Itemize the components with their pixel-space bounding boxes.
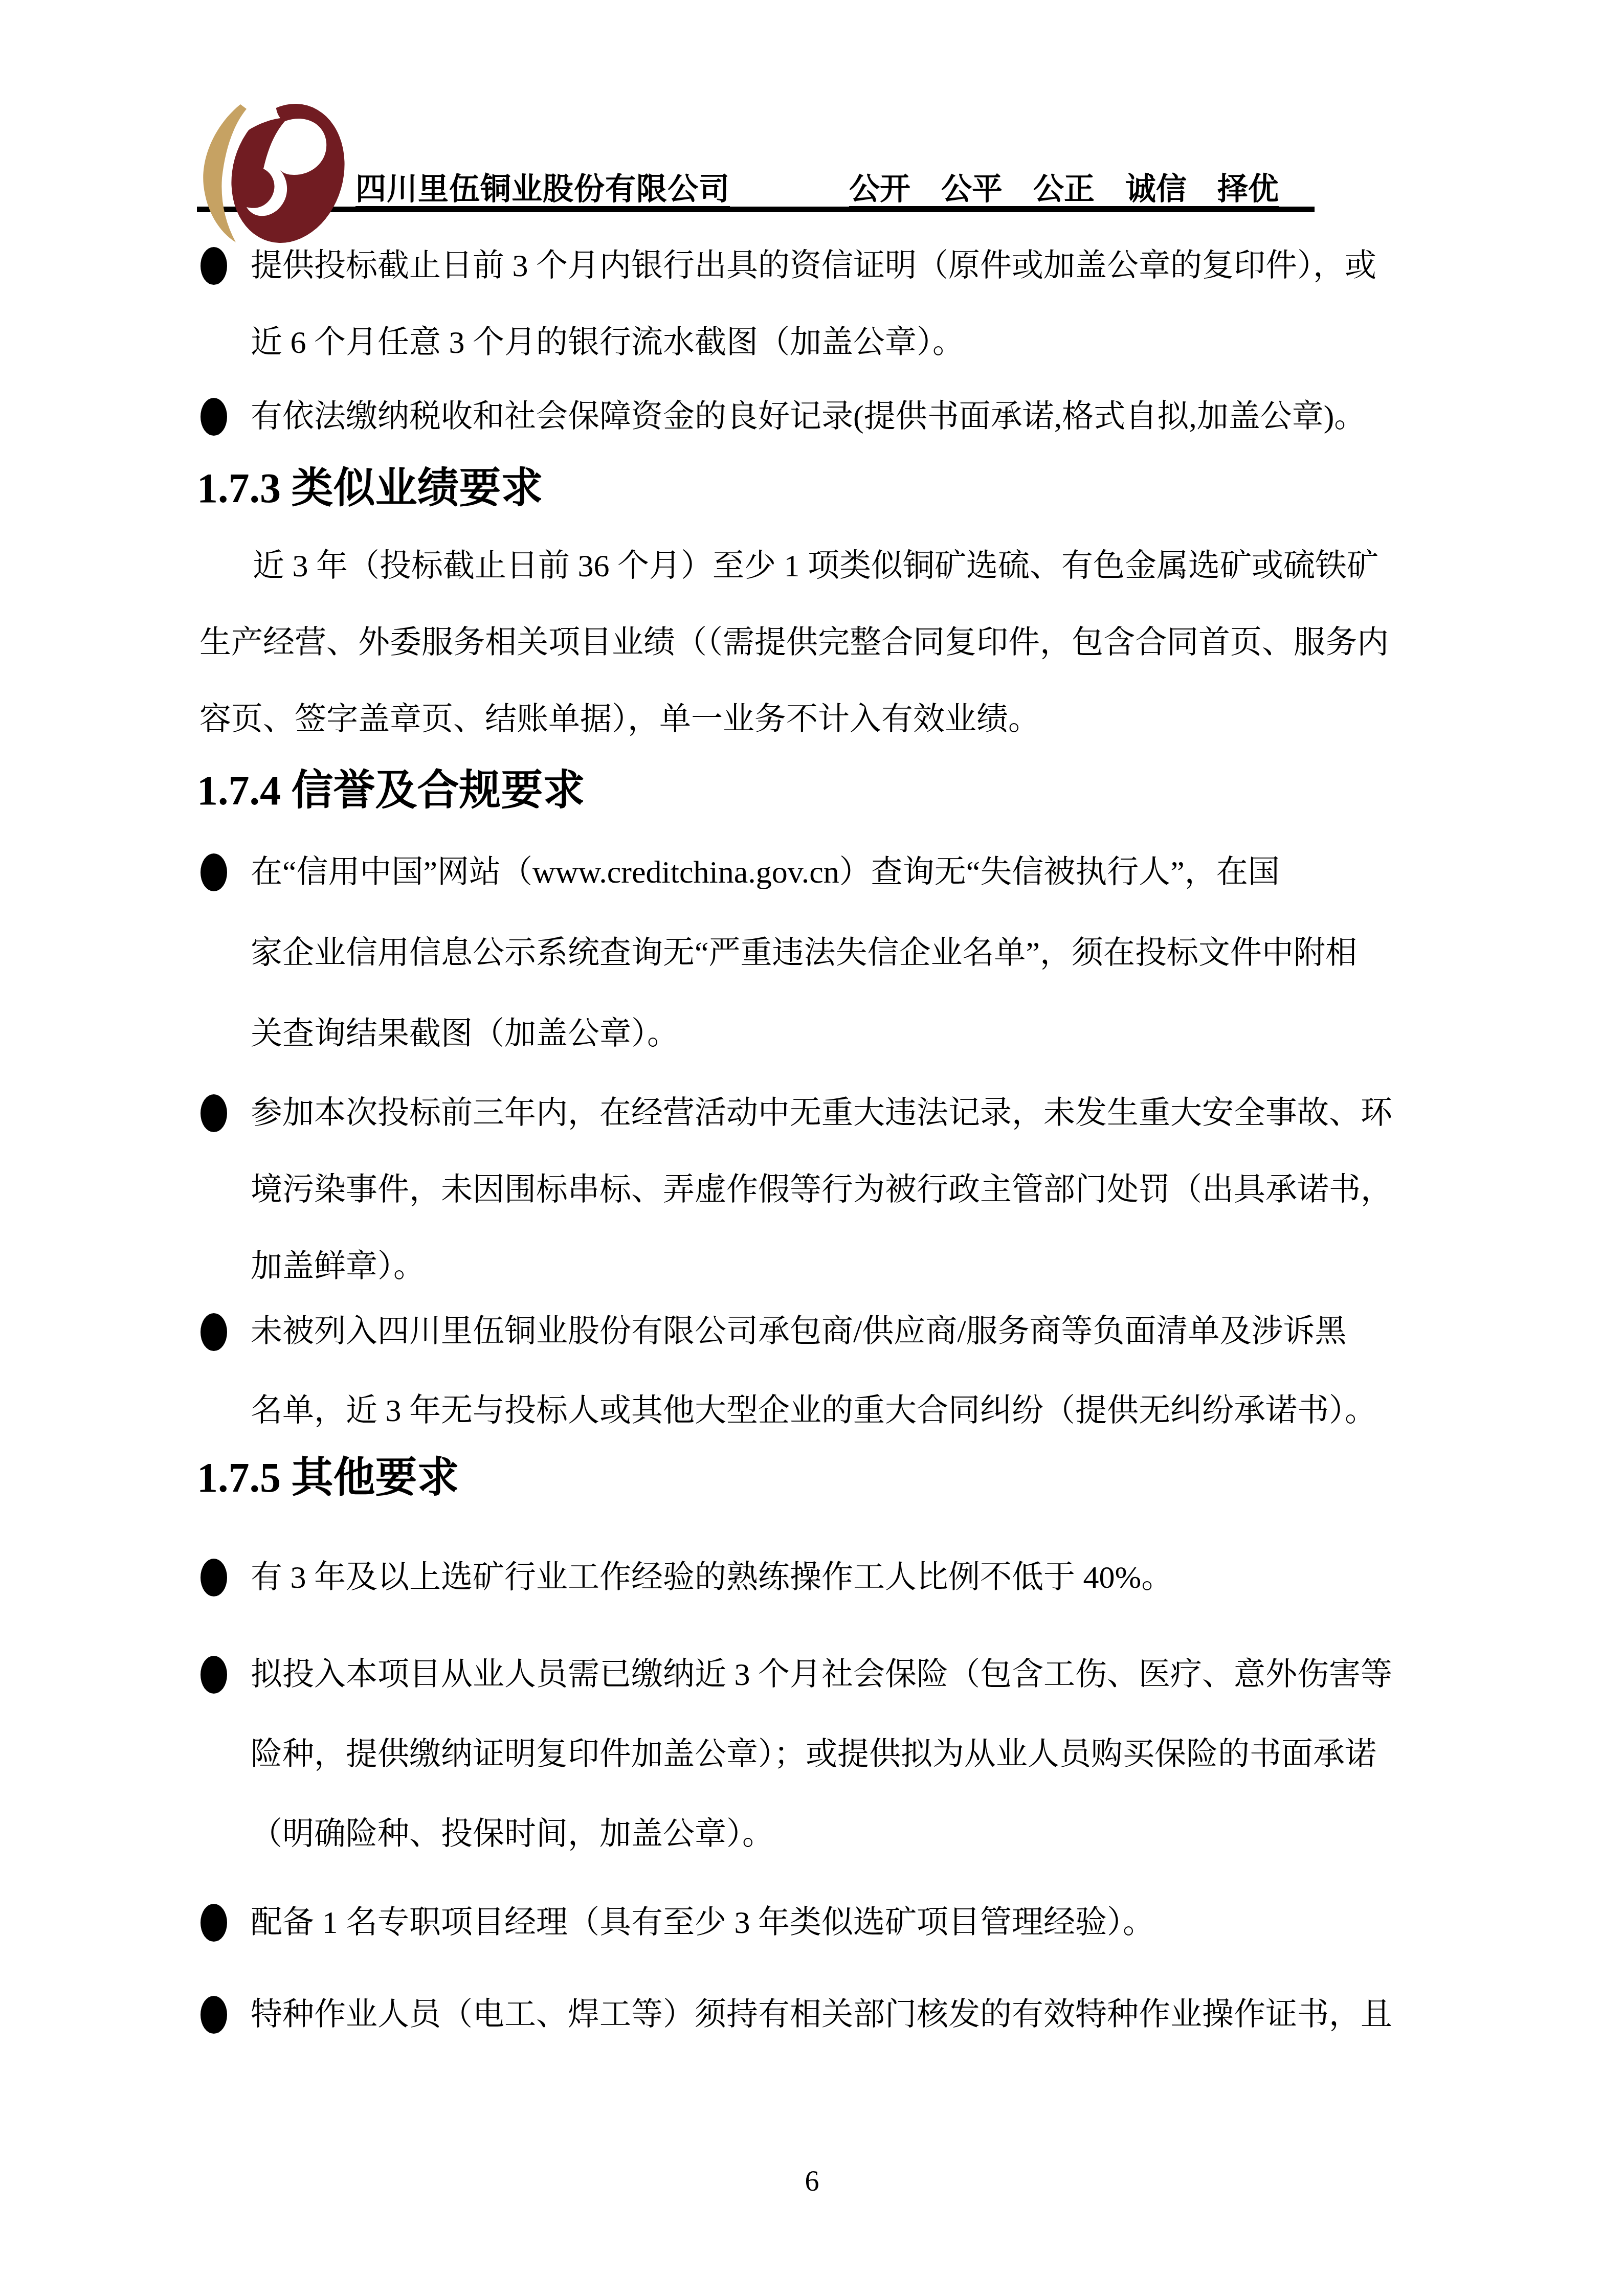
bullet-text: 提供投标截止日前 3 个月内银行出具的资信证明（原件或加盖公章的复印件），或 近…: [251, 228, 1529, 381]
page-number: 6: [0, 2166, 1624, 2197]
bullet-text: 特种作业人员（电工、焊工等）须持有相关部门核发的有效特种作业操作证书，且: [251, 1976, 1529, 2053]
bullet-item-credit-certificate: 提供投标截止日前 3 个月内银行出具的资信证明（原件或加盖公章的复印件），或 近…: [199, 228, 1529, 381]
section-heading-1-7-3: 1.7.3 类似业绩要求: [197, 463, 543, 514]
bullet-text: 有依法缴纳税收和社会保障资金的良好记录(提供书面承诺,格式自拟,加盖公章)。: [251, 378, 1529, 455]
bullet-icon: [201, 247, 227, 285]
bullet-icon: [201, 1094, 227, 1132]
paragraph-similar-performance: 近 3 年（投标截止日前 36 个月）至少 1 项类似铜矿选硫、有色金属选矿或硫…: [199, 528, 1529, 758]
bullet-text: 未被列入四川里伍铜业股份有限公司承包商/供应商/服务商等负面清单及涉诉黑 名单，…: [251, 1292, 1529, 1451]
bullet-item-skilled-workers: 有 3 年及以上选矿行业工作经验的熟练操作工人比例不低于 40%。: [199, 1539, 1529, 1616]
bullet-item-no-violations: 参加本次投标前三年内，在经营活动中无重大违法记录，未发生重大安全事故、环 境污染…: [199, 1075, 1529, 1305]
bullet-icon: [201, 1313, 227, 1351]
bullet-item-credit-china: 在“信用中国”网站（www.creditchina.gov.cn）查询无“失信被…: [199, 832, 1529, 1074]
bullet-icon: [201, 1904, 227, 1942]
bullet-item-not-blacklisted: 未被列入四川里伍铜业股份有限公司承包商/供应商/服务商等负面清单及涉诉黑 名单，…: [199, 1292, 1529, 1451]
header-slogan: 公开 公平 公正 诚信 择优: [849, 173, 1279, 206]
bullet-item-tax-record: 有依法缴纳税收和社会保障资金的良好记录(提供书面承诺,格式自拟,加盖公章)。: [199, 378, 1529, 455]
bullet-icon: [201, 1996, 227, 2034]
header-company-name: 四川里伍铜业股份有限公司: [355, 173, 730, 206]
bullet-item-project-manager: 配备 1 名专职项目经理（具有至少 3 年类似选矿项目管理经验）。: [199, 1884, 1529, 1961]
bullet-text: 拟投入本项目从业人员需已缴纳近 3 个月社会保险（包含工伤、医疗、意外伤害等 险…: [251, 1635, 1529, 1874]
bullet-item-social-insurance: 拟投入本项目从业人员需已缴纳近 3 个月社会保险（包含工伤、医疗、意外伤害等 险…: [199, 1635, 1529, 1874]
section-heading-1-7-5: 1.7.5 其他要求: [197, 1452, 459, 1503]
bullet-icon: [201, 1559, 227, 1596]
header-rule: [197, 207, 1315, 212]
bullet-icon: [201, 853, 227, 891]
bullet-text: 参加本次投标前三年内，在经营活动中无重大违法记录，未发生重大安全事故、环 境污染…: [251, 1075, 1529, 1305]
section-heading-1-7-4: 1.7.4 信誉及合规要求: [197, 765, 585, 816]
bullet-text: 配备 1 名专职项目经理（具有至少 3 年类似选矿项目管理经验）。: [251, 1884, 1529, 1961]
bullet-icon: [201, 398, 227, 436]
bullet-text: 有 3 年及以上选矿行业工作经验的熟练操作工人比例不低于 40%。: [251, 1539, 1529, 1616]
document-page: 四川里伍铜业股份有限公司 公开 公平 公正 诚信 择优 提供投标截止日前 3 个…: [0, 0, 1624, 2296]
bullet-item-special-personnel: 特种作业人员（电工、焊工等）须持有相关部门核发的有效特种作业操作证书，且: [199, 1976, 1529, 2053]
bullet-icon: [201, 1656, 227, 1694]
bullet-text: 在“信用中国”网站（www.creditchina.gov.cn）查询无“失信被…: [251, 832, 1529, 1074]
company-logo-icon: [196, 94, 359, 247]
